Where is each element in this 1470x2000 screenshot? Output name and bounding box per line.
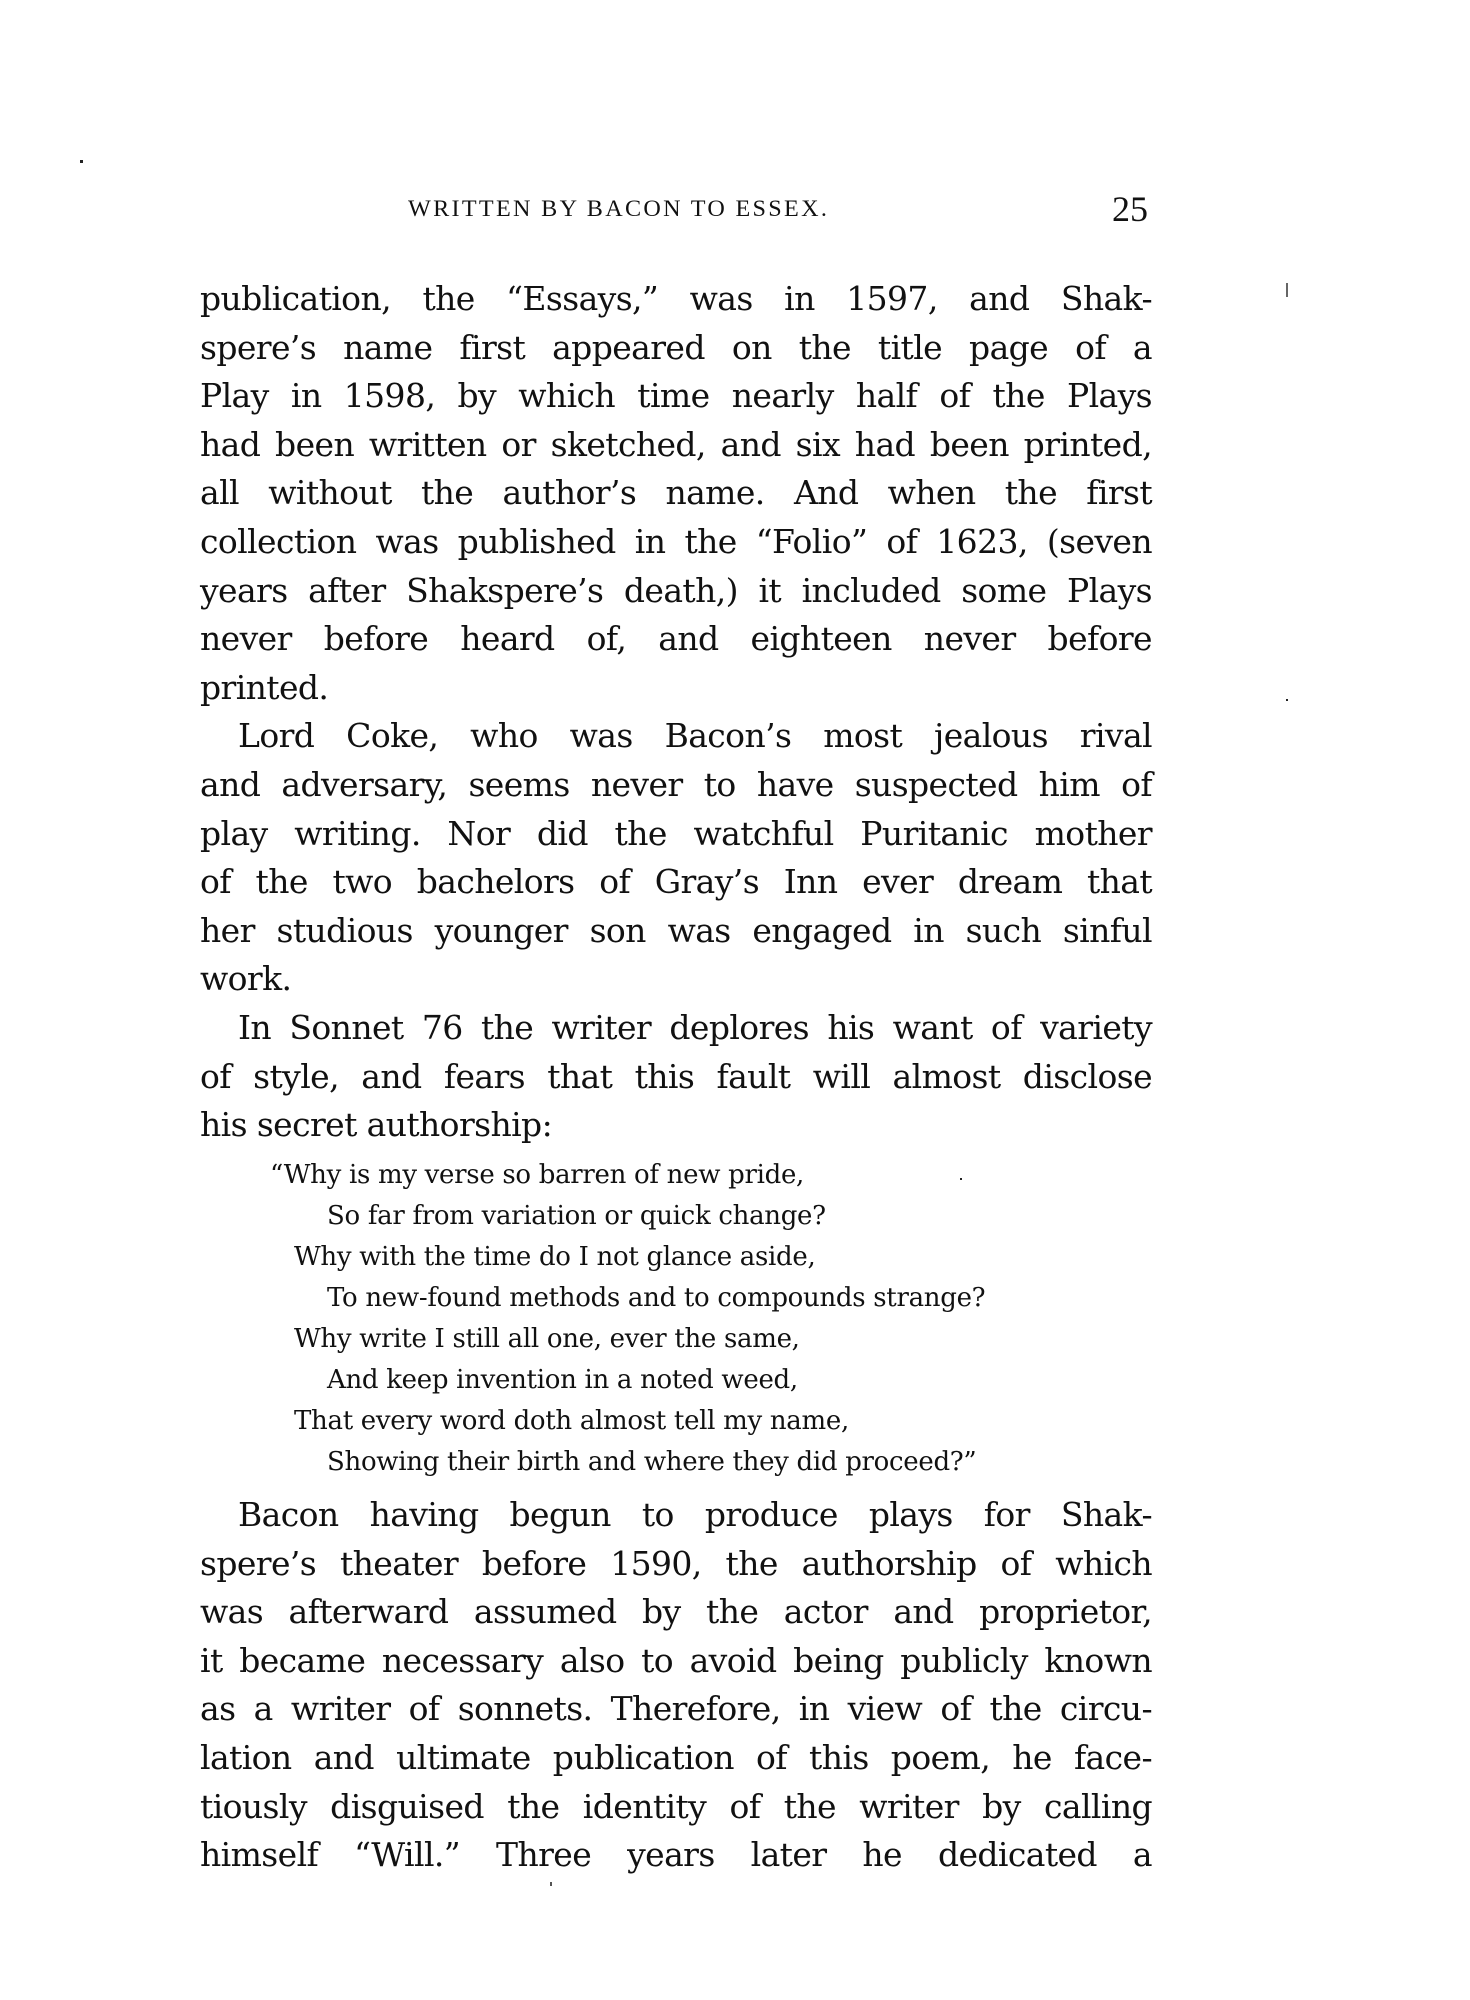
poem-line: To new-found methods and to compounds st… bbox=[270, 1278, 1170, 1319]
text-line: his secret authorship: bbox=[200, 1101, 1152, 1150]
text-line: publication, the “Essays,” was in 1597, … bbox=[200, 275, 1152, 324]
text-line: it became necessary also to avoid being … bbox=[200, 1637, 1152, 1686]
text-line: spere’s name first appeared on the title… bbox=[200, 324, 1152, 373]
text-line: all without the author’s name. And when … bbox=[200, 469, 1152, 518]
page-number: 25 bbox=[1112, 188, 1148, 230]
poem-line: So far from variation or quick change? bbox=[270, 1196, 1170, 1237]
text-line: never before heard of, and eighteen neve… bbox=[200, 615, 1152, 664]
poem-line: Why write I still all one, ever the same… bbox=[270, 1319, 1170, 1360]
text-line: as a writer of sonnets. Therefore, in vi… bbox=[200, 1685, 1152, 1734]
text-line: collection was published in the “Folio” … bbox=[200, 518, 1152, 567]
poem-line: Showing their birth and where they did p… bbox=[270, 1442, 1170, 1483]
paragraph-4: Bacon having begun to produce plays for … bbox=[200, 1491, 1152, 1880]
text-line: and adversary, seems never to have suspe… bbox=[200, 761, 1152, 810]
scan-speck bbox=[1286, 283, 1288, 297]
text-line: himself “Will.” Three years later he ded… bbox=[200, 1831, 1152, 1880]
text-line: was afterward assumed by the actor and p… bbox=[200, 1588, 1152, 1637]
text-line: play writing. Nor did the watchful Purit… bbox=[200, 810, 1152, 859]
text-line: of style, and fears that this fault will… bbox=[200, 1053, 1152, 1102]
text-line: tiously disguised the identity of the wr… bbox=[200, 1783, 1152, 1832]
text-line: had been written or sketched, and six ha… bbox=[200, 421, 1152, 470]
text-line: of the two bachelors of Gray’s Inn ever … bbox=[200, 858, 1152, 907]
text-line: printed. bbox=[200, 664, 1152, 713]
text-line: years after Shakspere’s death,) it inclu… bbox=[200, 567, 1152, 616]
text-line: Play in 1598, by which time nearly half … bbox=[200, 372, 1152, 421]
poem-line: And keep invention in a noted weed, bbox=[270, 1360, 1170, 1401]
sonnet-quotation: “Why is my verse so barren of new pride,… bbox=[270, 1155, 1170, 1483]
paragraph-1: publication, the “Essays,” was in 1597, … bbox=[200, 275, 1152, 1150]
text-line: Bacon having begun to produce plays for … bbox=[200, 1491, 1152, 1540]
poem-line: That every word doth almost tell my name… bbox=[270, 1401, 1170, 1442]
text-line: her studious younger son was engaged in … bbox=[200, 907, 1152, 956]
text-line: work. bbox=[200, 955, 1152, 1004]
text-line: In Sonnet 76 the writer deplores his wan… bbox=[200, 1004, 1152, 1053]
scan-speck bbox=[80, 160, 83, 163]
poem-line: “Why is my verse so barren of new pride, bbox=[270, 1155, 1170, 1196]
text-line: spere’s theater before 1590, the authors… bbox=[200, 1540, 1152, 1589]
poem-line: Why with the time do I not glance aside, bbox=[270, 1237, 1170, 1278]
text-line: Lord Coke, who was Bacon’s most jealous … bbox=[200, 712, 1152, 761]
text-line: lation and ultimate publication of this … bbox=[200, 1734, 1152, 1783]
scan-speck bbox=[1286, 699, 1288, 701]
running-title: WRITTEN BY BACON TO ESSEX. bbox=[408, 196, 829, 222]
book-page: WRITTEN BY BACON TO ESSEX. 25 publicatio… bbox=[0, 0, 1470, 2000]
running-head: WRITTEN BY BACON TO ESSEX. 25 bbox=[200, 196, 1150, 236]
scan-speck bbox=[550, 1882, 552, 1886]
